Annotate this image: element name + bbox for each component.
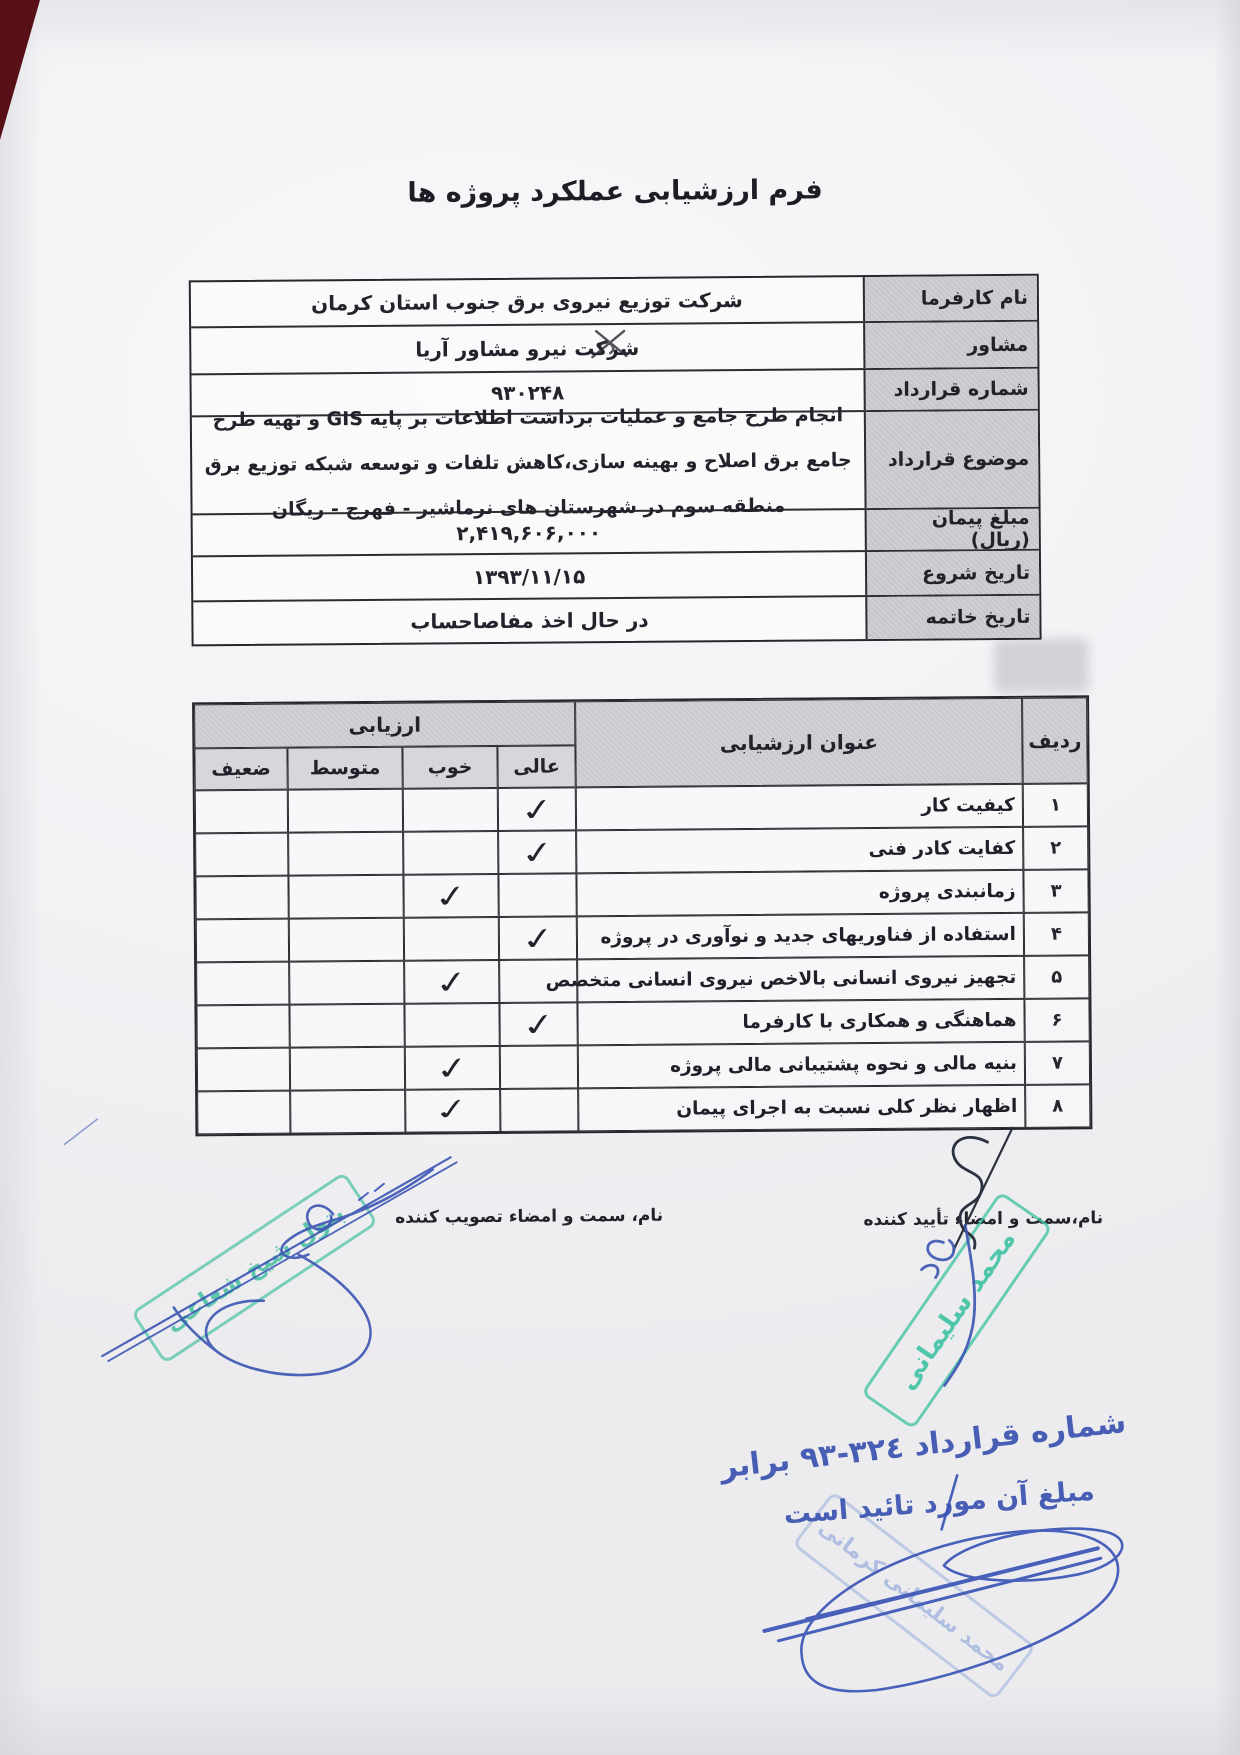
info-label: موضوع قرارداد <box>864 411 1039 508</box>
row-label: هماهنگی و همکاری با کارفرما <box>577 999 1024 1046</box>
info-value: ۲,۴۱۹,۶۰۶,۰۰۰ <box>193 510 865 555</box>
row-number: ۸ <box>1025 1084 1090 1128</box>
row-number: ۶ <box>1024 998 1089 1042</box>
info-value: در حال اخذ مفاصاحساب <box>193 597 865 644</box>
row-label: بنیه مالی و نحوه پشتیبانی مالی پروژه <box>578 1042 1025 1089</box>
info-value: انجام طرح جامع و عملیات برداشت اطلاعات ب… <box>192 412 865 513</box>
scan-smudge <box>994 638 1089 693</box>
checkmark: ✓ <box>519 918 557 957</box>
check-cell-excellent: ✓ <box>499 916 577 960</box>
check-cell-weak <box>197 1048 290 1092</box>
check-cell-weak <box>196 962 289 1006</box>
check-cell-weak <box>195 876 288 920</box>
row-label: کیفیت کار <box>576 784 1023 831</box>
check-cell-good <box>404 1003 499 1047</box>
info-row-client: نام کارفرما شرکت توزیع نیروی برق جنوب اس… <box>191 276 1037 327</box>
row-label: زمانبندی پروژه <box>576 870 1023 917</box>
info-label: شماره قرارداد <box>863 369 1037 410</box>
check-cell-weak <box>195 790 288 834</box>
check-cell-excellent: ✓ <box>498 830 576 874</box>
checkmark: ✓ <box>433 962 471 1001</box>
info-label: تاریخ شروع <box>865 551 1039 595</box>
header-rating: ارزیابی <box>194 701 575 748</box>
info-value: شرکت نیرو مشاور آریا <box>191 323 863 373</box>
row-number: ۴ <box>1024 912 1089 956</box>
check-cell-excellent: ✓ <box>498 787 576 831</box>
header-row-number: ردیف <box>1022 697 1088 784</box>
check-cell-average <box>288 832 403 876</box>
check-cell-good: ✓ <box>405 1046 500 1090</box>
contract-info-table: نام کارفرما شرکت توزیع نیروی برق جنوب اس… <box>189 274 1042 647</box>
row-number: ۳ <box>1023 869 1088 913</box>
header-level-good: خوب <box>402 746 497 789</box>
checkmark: ✓ <box>432 876 470 915</box>
check-cell-good <box>404 917 499 961</box>
check-cell-average <box>289 961 404 1005</box>
info-label: نام کارفرما <box>863 276 1037 321</box>
info-row-amount: مبلغ پیمان (ریال) ۲,۴۱۹,۶۰۶,۰۰۰ <box>193 507 1039 556</box>
check-cell-average <box>289 918 404 962</box>
check-cell-excellent <box>500 1045 578 1089</box>
check-cell-excellent <box>498 873 576 917</box>
handwritten-note-line2: مبلغ آن مورد تائید است <box>783 1475 1096 1530</box>
check-cell-weak <box>196 919 289 963</box>
checkmark: ✓ <box>519 1004 557 1043</box>
row-number: ۱ <box>1023 783 1088 827</box>
info-row-start-date: تاریخ شروع ۱۳۹۳/۱۱/۱۵ <box>193 549 1039 601</box>
check-cell-excellent <box>499 959 577 1003</box>
checkmark: ✓ <box>433 1048 471 1087</box>
check-cell-weak <box>195 833 288 877</box>
checkmark: ✓ <box>518 789 556 828</box>
evaluation-table: ردیف عنوان ارزشیابی ارزیابی عالی خوب متو… <box>192 695 1092 1136</box>
row-number: ۲ <box>1023 826 1088 870</box>
check-cell-good: ✓ <box>404 960 499 1004</box>
row-label: استفاده از فناوریهای جدید و نوآوری در پر… <box>577 913 1024 960</box>
check-cell-good <box>403 831 498 875</box>
check-cell-average <box>289 1004 404 1048</box>
info-label: مبلغ پیمان (ریال) <box>865 509 1039 550</box>
row-number: ۵ <box>1024 955 1089 999</box>
page-title: فرم ارزشیابی عملکرد پروژه ها <box>0 171 1235 212</box>
form-content: فرم ارزشیابی عملکرد پروژه ها نام کارفرما… <box>0 0 1240 1755</box>
check-cell-excellent <box>500 1088 578 1132</box>
check-cell-average <box>290 1090 405 1134</box>
check-cell-good <box>403 788 498 832</box>
row-number: ۷ <box>1025 1041 1090 1085</box>
header-level-excellent: عالی <box>497 745 575 788</box>
info-label: تاریخ خاتمه <box>865 596 1039 639</box>
info-value: ۱۳۹۳/۱۱/۱۵ <box>193 552 865 600</box>
handwritten-note-line1: شماره قرارداد ۳۲٤-۹۳ برابر <box>718 1405 1128 1486</box>
row-label: اظهار نظر کلی نسبت به اجرای پیمان <box>578 1085 1025 1132</box>
header-evaluation-title: عنوان ارزشیابی <box>575 698 1023 788</box>
approver-signature-label: نام، سمت و امضاء تصویب کننده <box>395 1206 663 1228</box>
info-row-end-date: تاریخ خاتمه در حال اخذ مفاصاحساب <box>193 594 1039 645</box>
check-cell-average <box>288 789 403 833</box>
info-row-consultant: مشاور شرکت نیرو مشاور آریا <box>191 320 1037 374</box>
check-cell-average <box>290 1047 405 1091</box>
check-cell-weak <box>196 1005 289 1049</box>
check-cell-weak <box>197 1091 290 1135</box>
scanned-evaluation-form: فرم ارزشیابی عملکرد پروژه ها نام کارفرما… <box>0 0 1240 1755</box>
info-value: شرکت توزیع نیروی برق جنوب استان کرمان <box>191 277 863 326</box>
header-level-average: متوسط <box>287 747 402 790</box>
row-label: کفایت کادر فنی <box>576 827 1023 874</box>
header-level-weak: ضعیف <box>194 748 287 791</box>
approver-stamp: بتول شیخ شعاعی <box>131 1171 379 1364</box>
info-label: مشاور <box>863 322 1037 368</box>
check-cell-average <box>288 875 403 919</box>
info-row-subject: موضوع قرارداد انجام طرح جامع و عملیات بر… <box>192 409 1039 514</box>
checkmark: ✓ <box>518 832 556 871</box>
checkmark: ✓ <box>431 1090 474 1127</box>
check-cell-good: ✓ <box>403 874 498 918</box>
check-cell-good: ✓ <box>405 1089 500 1133</box>
row-label: تجهیز نیروی انسانی بالاخص نیروی انسانی م… <box>577 956 1024 1003</box>
check-cell-excellent: ✓ <box>499 1002 577 1046</box>
